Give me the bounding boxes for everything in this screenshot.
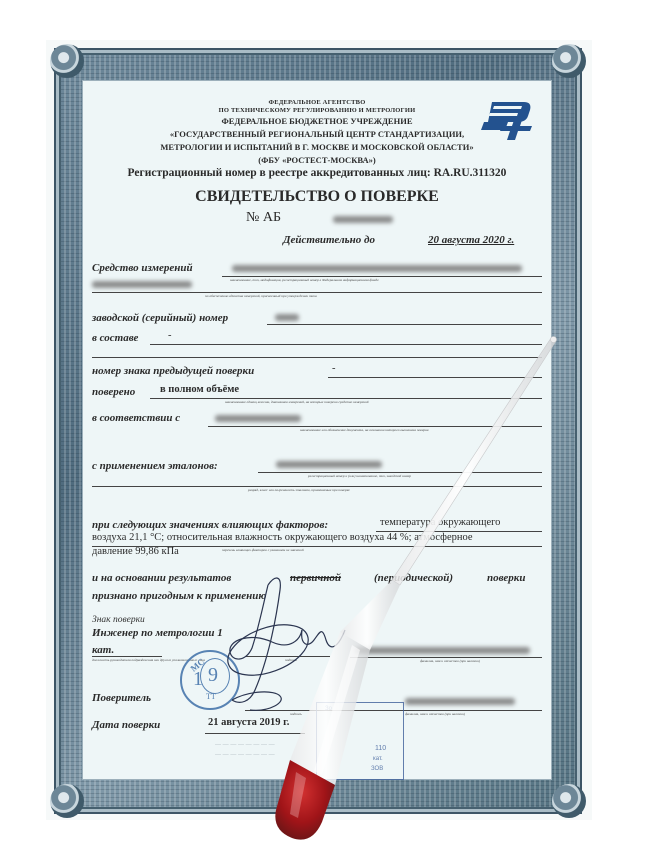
hydrometer-icon — [275, 337, 556, 840]
photo-overlay — [0, 0, 660, 865]
